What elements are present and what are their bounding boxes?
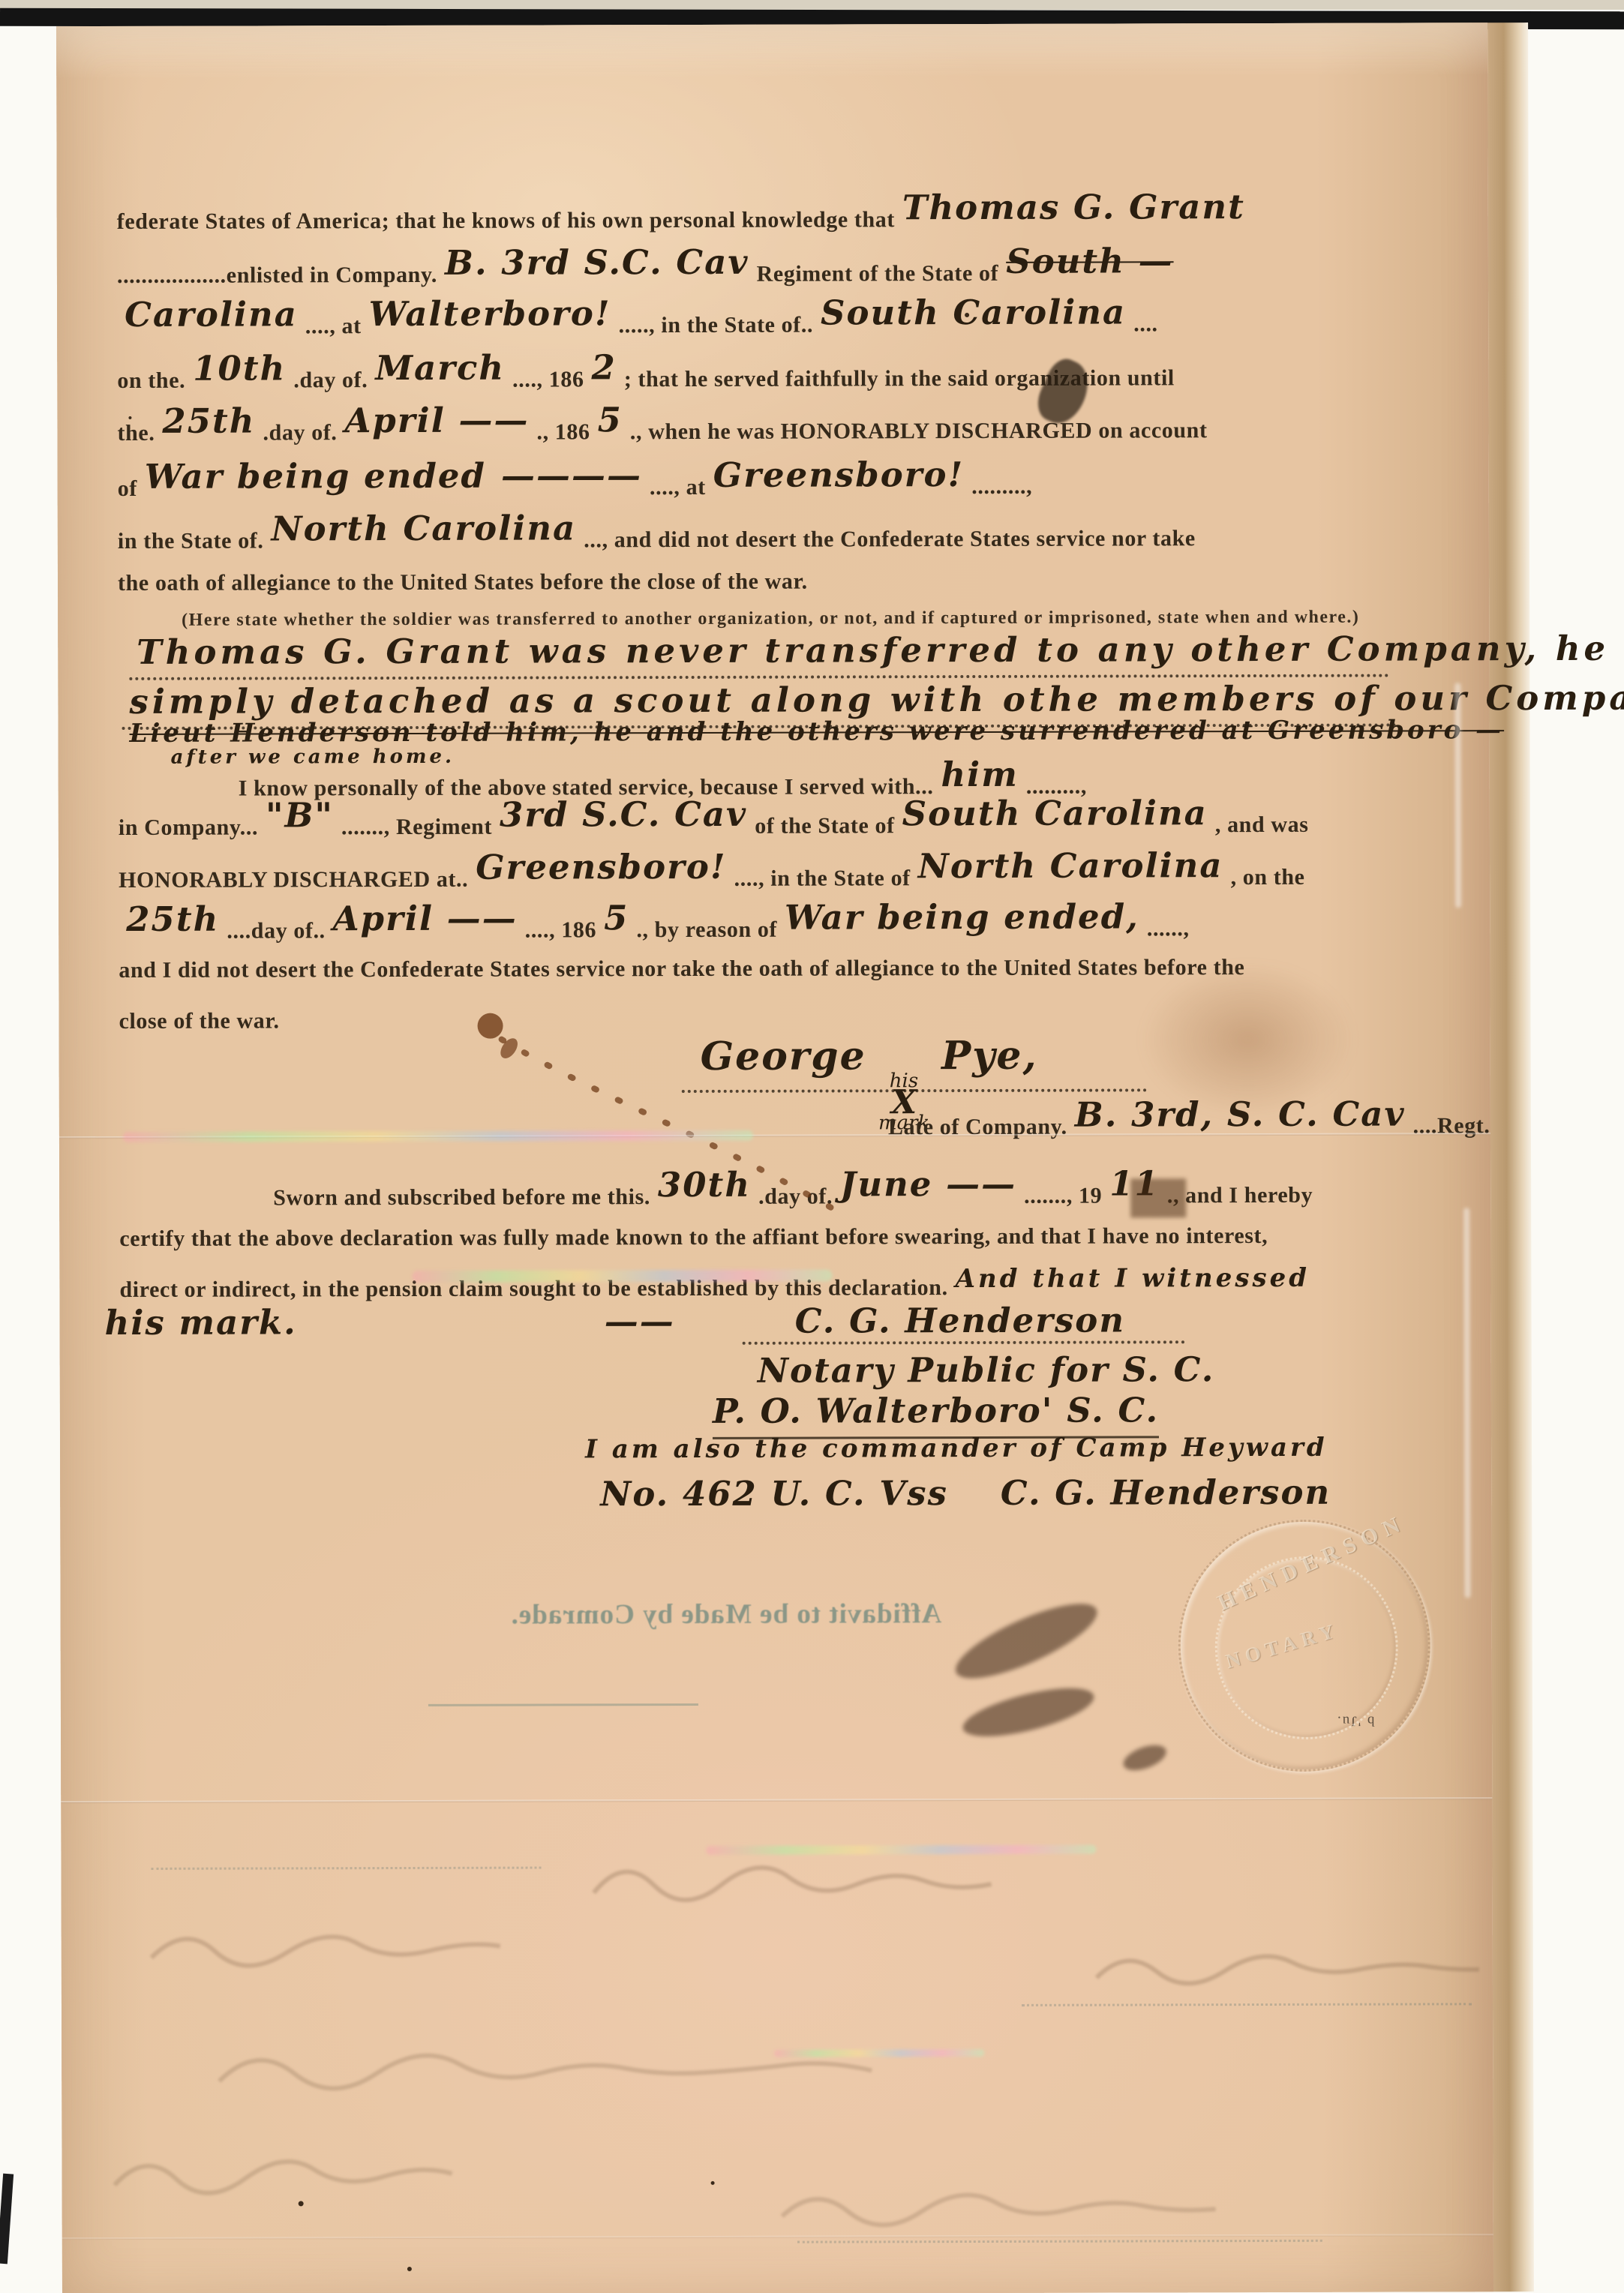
form-instruction-small-print: (Here state whether the soldier was tran… <box>182 608 1359 629</box>
printed-text: in Company... <box>119 815 258 839</box>
bleedthrough-handwriting <box>775 2176 1300 2241</box>
form-line-oath: the oath of allegiance to the United Sta… <box>118 571 808 595</box>
printed-text: ......., Regiment <box>341 815 492 840</box>
handwritten-dash: —— <box>605 1301 675 1341</box>
handwritten-camp-number: No. 462 U. C. Vss <box>600 1473 948 1514</box>
handwritten-flourish: ———— <box>501 455 642 495</box>
handwritten-day: 25th <box>126 899 219 939</box>
notary-signature: C. G. Henderson <box>795 1300 1125 1340</box>
form-line-enlist-date: on the.10th.day of.March...., 1862; that… <box>117 356 1175 393</box>
handwritten-post-office: P. O. Walterboro' S. C. <box>713 1390 1159 1439</box>
printed-text: ., and I hereby <box>1167 1183 1313 1208</box>
bleedthrough-dotted-rule <box>1022 2003 1472 2006</box>
form-line-nc-desert: in the State of.North Carolina..., and d… <box>118 517 1196 554</box>
ink-stain-trail <box>468 1008 859 1234</box>
handwritten-place: Greensboro! <box>713 455 965 495</box>
printed-text: .... <box>1133 311 1157 336</box>
handwritten-year-digit: 5 <box>604 898 629 938</box>
handwritten-state: South Carolina <box>902 793 1208 833</box>
form-line-carolina-walterboro: Carolina...., atWalterboro!....., in the… <box>117 302 1158 339</box>
bleedthrough-handwriting <box>586 1847 1006 1922</box>
form-line-discharge-reason: ofWar being ended————...., atGreensboro!… <box>118 465 1033 501</box>
printed-text: ..................enlisted in Company. <box>117 263 437 288</box>
handwritten-notary-title: Notary Public for S. C. <box>758 1349 1215 1391</box>
printed-text: ., 186 <box>536 419 590 444</box>
dark-stain <box>1130 1178 1186 1217</box>
handwritten-state: South — <box>1006 241 1174 281</box>
printed-text: ; that he served faithfully in the said … <box>624 365 1175 392</box>
bleedthrough-dotted-rule <box>797 2240 1322 2243</box>
handwritten-month: March <box>375 348 505 388</box>
handwritten-state: North Carolina <box>918 845 1223 886</box>
printed-text: HONORABLY DISCHARGED at.. <box>119 867 468 893</box>
form-line-close-of-war: close of the war. <box>119 1010 280 1033</box>
handwritten-reason: War being ended, <box>785 896 1139 937</box>
handwritten-place: Greensboro! <box>476 847 727 887</box>
handwritten-text: Lieut Henderson told him, he and the oth… <box>130 715 1505 749</box>
printed-text: ......, <box>1147 916 1190 941</box>
bleedthrough-ink-smear <box>1120 1740 1169 1775</box>
printed-text: , and was <box>1215 812 1309 837</box>
plastic-sleeve-glint <box>1454 683 1461 908</box>
printed-text: ...., 186 <box>525 917 596 942</box>
handwritten-state: North Carolina <box>271 508 576 548</box>
iridescent-reflection <box>412 1269 832 1282</box>
printed-text: and I did not desert the Confederate Sta… <box>119 955 1244 983</box>
paper-right-edge <box>1487 23 1534 2291</box>
printed-text: of <box>118 476 137 501</box>
notary-signature-2: C. G. Henderson <box>1001 1472 1331 1513</box>
handwritten-witnessed: And that I witnessed <box>956 1263 1310 1294</box>
handwritten-year-digit: 2 <box>591 347 616 387</box>
form-line-confederate-states: federate States of America; that he know… <box>117 197 1253 234</box>
printed-text: .day of. <box>293 368 368 392</box>
bleedthrough-handwriting <box>107 2141 482 2213</box>
bleedthrough-dotted-rule <box>152 1867 542 1870</box>
paper-speck <box>299 2201 304 2206</box>
printed-text: ., when he was HONORABLY DISCHARGED on a… <box>630 418 1208 444</box>
handwritten-soldier-name: Thomas G. Grant <box>902 187 1245 227</box>
notary-signature-row: his mark.——C. G. Henderson <box>98 1310 1133 1347</box>
handwritten-month: April —— <box>344 401 529 441</box>
printed-instruction: (Here state whether the soldier was tran… <box>182 608 1359 630</box>
paper-speck <box>407 2267 412 2271</box>
handwritten-month: April —— <box>333 899 518 939</box>
commander-row: I am also the commander of Camp Heyward <box>578 1442 1335 1470</box>
printed-text: ......., 19 <box>1024 1184 1102 1208</box>
paper-speck <box>128 416 131 419</box>
notary-seal: HENDERSON NOTARY <box>1178 1519 1430 1772</box>
bleedthrough-handwriting <box>144 1915 549 1983</box>
handwritten-signature-last: Pye, <box>941 1033 1038 1079</box>
form-line-honorably-discharged: HONORABLY DISCHARGED at..Greensboro!....… <box>119 856 1305 893</box>
handwritten-day: 25th <box>162 401 255 441</box>
printed-text: close of the war. <box>119 1008 280 1034</box>
bleedthrough-ink-smear <box>947 1589 1106 1692</box>
handwritten-company: B. 3rd S.C. Cav <box>445 242 749 283</box>
printed-text: ...., at <box>305 314 362 338</box>
handwritten-text: Thomas G. Grant was never transferred to… <box>137 628 1624 671</box>
handwritten-reason: War being ended <box>145 456 486 497</box>
printed-text: in the State of. <box>118 528 264 554</box>
handwritten-year-digit: 5 <box>597 400 622 440</box>
notary-address-row: P. O. Walterboro' S. C. <box>705 1400 1166 1436</box>
printed-text: ..., and did not desert the Confederate … <box>584 526 1196 552</box>
printed-text: ...., 186 <box>512 367 584 392</box>
handwritten-commander: I am also the commander of Camp Heyward <box>585 1433 1328 1465</box>
printed-text: the oath of allegiance to the United Sta… <box>118 569 808 596</box>
fold-crease <box>61 1797 1492 1803</box>
printed-text: ....day of.. <box>227 918 325 943</box>
form-line-did-not-desert: and I did not desert the Confederate Sta… <box>119 956 1244 982</box>
paper-speck <box>965 313 969 317</box>
plastic-sleeve-glint <box>1463 1208 1470 1598</box>
iridescent-reflection <box>123 1130 753 1142</box>
form-line-in-company: in Company..."B"......., Regiment3rd S.C… <box>119 803 1309 840</box>
handwritten-him: him <box>941 755 1019 794</box>
handwritten-company-letter: "B" <box>266 795 334 835</box>
printed-text: on the. <box>117 368 185 393</box>
handwritten-regiment: 3rd S.C. Cav <box>500 794 747 835</box>
printed-text: ...., in the State of <box>734 866 911 891</box>
handwritten-text: after we came home. <box>171 746 455 769</box>
scanned-document-page: { "colors": { "paper": "#e3c09c", "print… <box>0 0 1624 2293</box>
printed-text: the. <box>117 421 155 446</box>
handwritten-his-mark: his mark. <box>105 1302 297 1343</box>
handwritten-town: Walterboro! <box>369 293 611 334</box>
printed-text: Regiment of the State of <box>757 261 999 287</box>
handwritten-day: 10th <box>193 348 286 388</box>
form-line-enlisted: ..................enlisted in Company.B.… <box>117 251 1181 288</box>
printed-text: ...., at <box>650 475 706 500</box>
paper-sheet: federate States of America; that he know… <box>0 0 1624 2293</box>
bleedthrough-heading: Affidavit to be Made by Comrade. <box>511 1598 942 1631</box>
camp-number-row: No. 462 U. C. VssC. G. Henderson <box>593 1483 1338 1519</box>
handwritten-state-cont: Carolina <box>125 294 298 335</box>
bleedthrough-ink-smear <box>959 1679 1098 1747</box>
form-line-reason: 25th....day of..April ——...., 1865., by … <box>119 907 1189 944</box>
bleedthrough-rule <box>428 1703 698 1706</box>
paper-speck <box>711 2181 715 2185</box>
printed-text: ....., in the State of.. <box>619 313 813 338</box>
printed-text: ........., <box>971 474 1032 499</box>
printed-text: .day of. <box>263 420 337 445</box>
handwritten-statement-1: Thomas G. Grant was never transferred to… <box>129 638 1624 677</box>
printed-text: of the State of <box>755 813 895 838</box>
printed-text: ., by reason of <box>636 917 777 942</box>
handwritten-month: June —— <box>840 1164 1016 1205</box>
brown-stain <box>1139 961 1357 1119</box>
printed-text: federate States of America; that he know… <box>117 207 895 234</box>
handwritten-state: South Carolina <box>821 292 1126 332</box>
affidavit-page: federate States of America; that he know… <box>56 23 1493 2293</box>
printed-text: , on the <box>1231 865 1305 890</box>
bleedthrough-handwriting <box>212 2034 887 2111</box>
bleedthrough-handwriting <box>1089 1935 1479 2003</box>
